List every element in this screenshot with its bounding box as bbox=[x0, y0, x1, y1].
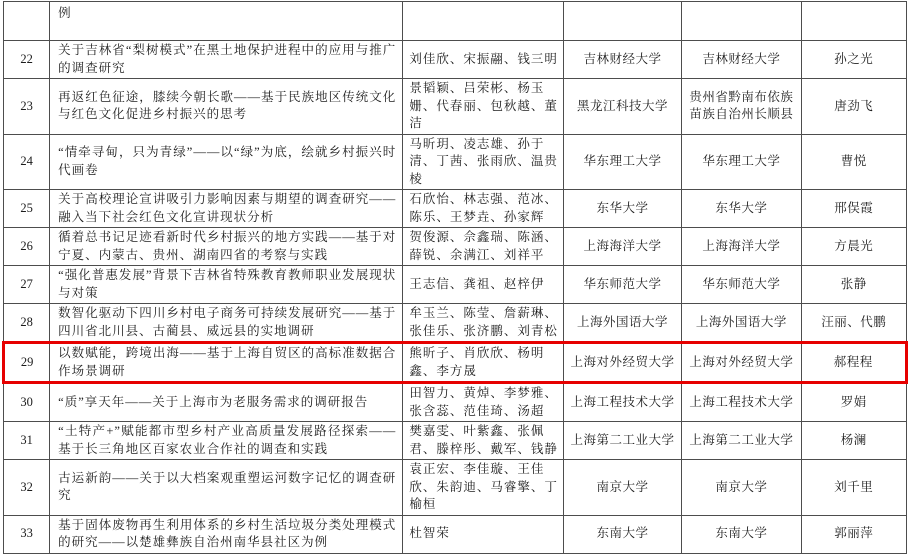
advisor-cell: 汪丽、代鹏 bbox=[801, 304, 906, 343]
row-number-cell: 25 bbox=[4, 190, 50, 228]
row-number-cell: 23 bbox=[4, 79, 50, 135]
advisor-cell: 张静 bbox=[801, 266, 906, 304]
advisor-cell: 邢俣霞 bbox=[801, 190, 906, 228]
school-cell: 上海海洋大学 bbox=[563, 228, 681, 266]
document-page: 例 22 关于吉林省“梨树模式”在黑土地保护进程中的应用与推广的调查研究 刘佳欣… bbox=[0, 0, 910, 554]
authors-cell: 石欣怡、林志强、范冰、陈乐、王梦垚、孙家辉 bbox=[403, 190, 564, 228]
project-title-cell: 例 bbox=[50, 2, 403, 41]
row-number-cell bbox=[4, 2, 50, 41]
table-row-partial: 例 bbox=[4, 2, 907, 41]
table-row-22: 22 关于吉林省“梨树模式”在黑土地保护进程中的应用与推广的调查研究 刘佳欣、宋… bbox=[4, 41, 907, 79]
place-cell: 上海海洋大学 bbox=[682, 228, 801, 266]
authors-cell: 熊昕子、肖欣欣、杨明鑫、李方晟 bbox=[403, 343, 564, 383]
project-title-cell: 古运新韵——关于以大档案观重塑运河数字记忆的调查研究 bbox=[50, 460, 403, 516]
table-row-27: 27 “强化普惠发展”背景下吉林省特殊教育教师职业发展现状与对策 王志信、龚祖、… bbox=[4, 266, 907, 304]
authors-cell bbox=[403, 2, 564, 41]
project-title-cell: 基于固体废物再生利用体系的乡村生活垃圾分类处理模式的研究——以楚雄彝族自治州南华… bbox=[50, 515, 403, 553]
table-row-33: 33 基于固体废物再生利用体系的乡村生活垃圾分类处理模式的研究——以楚雄彝族自治… bbox=[4, 515, 907, 553]
authors-cell: 王志信、龚祖、赵梓伊 bbox=[403, 266, 564, 304]
authors-cell: 刘佳欣、宋振翮、钱三明 bbox=[403, 41, 564, 79]
place-cell: 上海外国语大学 bbox=[682, 304, 801, 343]
project-title-cell: “质”享天年——关于上海市为老服务需求的调研报告 bbox=[50, 383, 403, 422]
project-list-table: 例 22 关于吉林省“梨树模式”在黑土地保护进程中的应用与推广的调查研究 刘佳欣… bbox=[2, 1, 908, 554]
advisor-cell: 杨澜 bbox=[801, 422, 906, 460]
advisor-cell: 孙之光 bbox=[801, 41, 906, 79]
table-row-23: 23 再返红色征途，膝续今朝长歌——基于民族地区传统文化与红色文化促进乡村振兴的… bbox=[4, 79, 907, 135]
school-cell: 东华大学 bbox=[563, 190, 681, 228]
place-cell: 东南大学 bbox=[682, 515, 801, 553]
place-cell: 上海工程技术大学 bbox=[682, 383, 801, 422]
project-title-cell: 数智化驱动下四川乡村电子商务可持续发展研究——基于四川省北川县、古蔺县、威远县的… bbox=[50, 304, 403, 343]
row-number-cell: 30 bbox=[4, 383, 50, 422]
row-number-cell: 32 bbox=[4, 460, 50, 516]
authors-cell: 杜智荣 bbox=[403, 515, 564, 553]
school-cell: 东南大学 bbox=[563, 515, 681, 553]
place-cell: 上海第二工业大学 bbox=[682, 422, 801, 460]
table-row-30: 30 “质”享天年——关于上海市为老服务需求的调研报告 田智力、黄焯、李梦雅、张… bbox=[4, 383, 907, 422]
row-number-cell: 27 bbox=[4, 266, 50, 304]
school-cell: 华东师范大学 bbox=[563, 266, 681, 304]
table-row-24: 24 “情牵寻甸，只为青绿”——以“绿”为底，绘就乡村振兴时代画卷 马昕玥、凌志… bbox=[4, 134, 907, 190]
school-cell: 上海对外经贸大学 bbox=[563, 343, 681, 383]
authors-cell: 马昕玥、凌志雄、孙于清、丁茜、张雨欣、温贵棱 bbox=[403, 134, 564, 190]
authors-cell: 牟玉兰、陈莹、詹薪琳、张佳乐、张济鹏、刘青松 bbox=[403, 304, 564, 343]
place-cell: 南京大学 bbox=[682, 460, 801, 516]
advisor-cell: 曹悦 bbox=[801, 134, 906, 190]
school-cell: 黑龙江科技大学 bbox=[563, 79, 681, 135]
school-cell: 华东理工大学 bbox=[563, 134, 681, 190]
authors-cell: 田智力、黄焯、李梦雅、张含蕊、范佳琦、汤超 bbox=[403, 383, 564, 422]
place-cell bbox=[682, 2, 801, 41]
place-cell: 吉林财经大学 bbox=[682, 41, 801, 79]
table-row-28: 28 数智化驱动下四川乡村电子商务可持续发展研究——基于四川省北川县、古蔺县、威… bbox=[4, 304, 907, 343]
project-title-cell: 循着总书记足迹看新时代乡村振兴的地方实践——基于对宁夏、内蒙古、贵州、湖南四省的… bbox=[50, 228, 403, 266]
table-row-29-highlighted: 29 以数赋能，跨境出海——基于上海自贸区的高标准数据合作场景调研 熊昕子、肖欣… bbox=[4, 343, 907, 383]
row-number-cell: 22 bbox=[4, 41, 50, 79]
table-row-26: 26 循着总书记足迹看新时代乡村振兴的地方实践——基于对宁夏、内蒙古、贵州、湖南… bbox=[4, 228, 907, 266]
place-cell: 贵州省黔南布依族苗族自治州长顺县 bbox=[682, 79, 801, 135]
authors-cell: 袁正宏、李佳璇、王佳欣、朱韵迪、马睿擎、丁榆桓 bbox=[403, 460, 564, 516]
place-cell: 华东理工大学 bbox=[682, 134, 801, 190]
advisor-cell: 郝程程 bbox=[801, 343, 906, 383]
project-title-cell: 以数赋能，跨境出海——基于上海自贸区的高标准数据合作场景调研 bbox=[50, 343, 403, 383]
row-number-cell: 29 bbox=[4, 343, 50, 383]
row-number-cell: 31 bbox=[4, 422, 50, 460]
place-cell: 华东师范大学 bbox=[682, 266, 801, 304]
school-cell: 吉林财经大学 bbox=[563, 41, 681, 79]
row-number-cell: 24 bbox=[4, 134, 50, 190]
place-cell: 上海对外经贸大学 bbox=[682, 343, 801, 383]
advisor-cell: 刘千里 bbox=[801, 460, 906, 516]
advisor-cell: 郭丽萍 bbox=[801, 515, 906, 553]
project-title-cell: “土特产+”赋能都市型乡村产业高质量发展路径探索——基于长三角地区百家农业合作社… bbox=[50, 422, 403, 460]
authors-cell: 樊嘉雯、叶紫鑫、张佩君、滕梓彤、戴军、钱静 bbox=[403, 422, 564, 460]
project-title-cell: “强化普惠发展”背景下吉林省特殊教育教师职业发展现状与对策 bbox=[50, 266, 403, 304]
row-number-cell: 33 bbox=[4, 515, 50, 553]
advisor-cell: 罗娟 bbox=[801, 383, 906, 422]
authors-cell: 贺俊源、佘鑫瑞、陈涵、薛锐、余满江、刘祥平 bbox=[403, 228, 564, 266]
authors-cell: 景韬颖、吕荣彬、杨玉姗、代春丽、包秋越、董洁 bbox=[403, 79, 564, 135]
table-row-25: 25 关于高校理论宣讲吸引力影响因素与期望的调查研究——融入当下社会红色文化宣讲… bbox=[4, 190, 907, 228]
project-title-cell: “情牵寻甸，只为青绿”——以“绿”为底，绘就乡村振兴时代画卷 bbox=[50, 134, 403, 190]
table-row-32: 32 古运新韵——关于以大档案观重塑运河数字记忆的调查研究 袁正宏、李佳璇、王佳… bbox=[4, 460, 907, 516]
place-cell: 东华大学 bbox=[682, 190, 801, 228]
school-cell: 南京大学 bbox=[563, 460, 681, 516]
school-cell: 上海工程技术大学 bbox=[563, 383, 681, 422]
project-title-cell: 关于高校理论宣讲吸引力影响因素与期望的调查研究——融入当下社会红色文化宣讲现状分… bbox=[50, 190, 403, 228]
project-title-cell: 再返红色征途，膝续今朝长歌——基于民族地区传统文化与红色文化促进乡村振兴的思考 bbox=[50, 79, 403, 135]
advisor-cell bbox=[801, 2, 906, 41]
table-row-31: 31 “土特产+”赋能都市型乡村产业高质量发展路径探索——基于长三角地区百家农业… bbox=[4, 422, 907, 460]
advisor-cell: 方晨光 bbox=[801, 228, 906, 266]
row-number-cell: 28 bbox=[4, 304, 50, 343]
row-number-cell: 26 bbox=[4, 228, 50, 266]
school-cell: 上海外国语大学 bbox=[563, 304, 681, 343]
school-cell: 上海第二工业大学 bbox=[563, 422, 681, 460]
school-cell bbox=[563, 2, 681, 41]
advisor-cell: 唐劲飞 bbox=[801, 79, 906, 135]
project-title-cell: 关于吉林省“梨树模式”在黑土地保护进程中的应用与推广的调查研究 bbox=[50, 41, 403, 79]
